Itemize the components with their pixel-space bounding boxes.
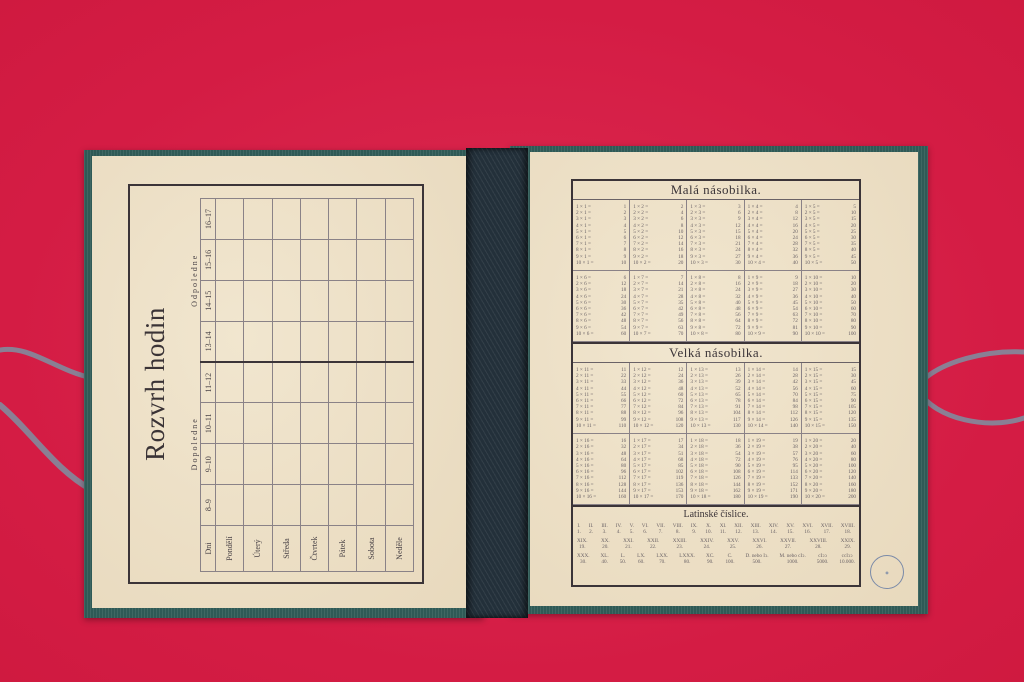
multiplication-block: 1 × 9 =92 × 9 =183 × 9 =274 × 9 =365 × 9… bbox=[745, 271, 802, 342]
schedule-cell[interactable] bbox=[357, 485, 385, 526]
table-row: Sobota bbox=[357, 199, 385, 572]
schedule-cell[interactable] bbox=[357, 280, 385, 321]
schedule-cell[interactable] bbox=[216, 199, 244, 240]
schedule-cell[interactable] bbox=[385, 199, 413, 240]
schedule-frame: Rozvrh hodin DopoledneOdpoledneDni8–99–1… bbox=[128, 184, 424, 584]
roman-numeral: M. nebo cIↄ.1000. bbox=[780, 553, 806, 565]
schedule-cell[interactable] bbox=[272, 280, 300, 321]
schedule-cell[interactable] bbox=[300, 280, 328, 321]
day-label: Pondělí bbox=[216, 526, 244, 572]
schedule-cell[interactable] bbox=[272, 403, 300, 444]
schedule-cell[interactable] bbox=[329, 239, 357, 280]
multiplication-block: 1 × 1 =12 × 1 =23 × 1 =34 × 1 =45 × 1 =5… bbox=[573, 200, 630, 271]
table-row: Středa bbox=[272, 199, 300, 572]
roman-numeral: cIↄↄ5000. bbox=[817, 553, 829, 565]
multiplication-block: 1 × 10 =102 × 10 =203 × 10 =304 × 10 =40… bbox=[802, 271, 859, 342]
multiplication-block: 1 × 2 =22 × 2 =43 × 2 =64 × 2 =85 × 2 =1… bbox=[630, 200, 687, 271]
roman-numeral: IV.4. bbox=[616, 523, 622, 535]
multiplication-block: 1 × 18 =182 × 18 =363 × 18 =544 × 18 =72… bbox=[687, 434, 744, 505]
schedule-cell[interactable] bbox=[244, 239, 272, 280]
roman-numeral: LXXX.80. bbox=[679, 553, 695, 565]
roman-numeral: XC.90. bbox=[706, 553, 715, 565]
multiplication-block: 1 × 20 =202 × 20 =403 × 20 =604 × 20 =80… bbox=[802, 434, 859, 505]
schedule-cell[interactable] bbox=[272, 321, 300, 362]
roman-numeral: V.5. bbox=[630, 523, 634, 535]
multiplication-block: 1 × 6 =62 × 6 =123 × 6 =184 × 6 =245 × 6… bbox=[573, 271, 630, 342]
multiplication-block: 1 × 3 =32 × 3 =63 × 3 =94 × 3 =125 × 3 =… bbox=[687, 200, 744, 271]
hour-header: 13–14 bbox=[201, 321, 216, 362]
schedule-cell[interactable] bbox=[216, 321, 244, 362]
schedule-cell[interactable] bbox=[216, 362, 244, 403]
roman-numeral: XVII.17. bbox=[821, 523, 833, 535]
roman-numeral: XL.40. bbox=[601, 553, 609, 565]
library-stamp-icon: ◉ bbox=[870, 555, 904, 589]
schedule-cell[interactable] bbox=[300, 239, 328, 280]
hour-header: 11–12 bbox=[201, 362, 216, 403]
multiplication-block: 1 × 16 =162 × 16 =323 × 16 =484 × 16 =64… bbox=[573, 434, 630, 505]
roman-numeral: XIII.13. bbox=[751, 523, 761, 535]
schedule-cell[interactable] bbox=[244, 485, 272, 526]
morning-label: Dopoledne bbox=[188, 362, 201, 526]
schedule-cell[interactable] bbox=[300, 485, 328, 526]
roman-numeral: XXX.30. bbox=[577, 553, 590, 565]
roman-numeral: XV.15. bbox=[786, 523, 794, 535]
roman-numeral: XXIII.23. bbox=[673, 538, 687, 550]
roman-numeral: XVI.16. bbox=[802, 523, 813, 535]
roman-numeral: ccIↄↄ10.000. bbox=[839, 553, 855, 565]
schedule-cell[interactable] bbox=[357, 321, 385, 362]
roman-numeral: VIII.8. bbox=[673, 523, 683, 535]
roman-numerals: Latinské číslice. I.1.II.2.III.3.IV.4.V.… bbox=[573, 507, 859, 570]
schedule-cell[interactable] bbox=[329, 485, 357, 526]
afternoon-label: Odpoledne bbox=[188, 199, 201, 363]
multiplication-block: 1 × 15 =152 × 15 =303 × 15 =454 × 15 =60… bbox=[802, 363, 859, 434]
multiplication-block: 1 × 7 =72 × 7 =143 × 7 =214 × 7 =285 × 7… bbox=[630, 271, 687, 342]
schedule-cell[interactable] bbox=[244, 444, 272, 485]
multiplication-block: 1 × 5 =52 × 5 =103 × 5 =154 × 5 =205 × 5… bbox=[802, 200, 859, 271]
roman-numeral: LXX.70. bbox=[656, 553, 668, 565]
multiplication-block: 1 × 13 =132 × 13 =263 × 13 =394 × 13 =52… bbox=[687, 363, 744, 434]
schedule-cell[interactable] bbox=[385, 321, 413, 362]
hour-header: 14–15 bbox=[201, 280, 216, 321]
hour-header: 16–17 bbox=[201, 199, 216, 240]
roman-numeral: I.1. bbox=[577, 523, 581, 535]
table-row: Pátek bbox=[329, 199, 357, 572]
roman-title: Latinské číslice. bbox=[577, 509, 855, 520]
roman-numeral: XXV.25. bbox=[727, 538, 739, 550]
schedule-cell[interactable] bbox=[329, 444, 357, 485]
schedule-cell[interactable] bbox=[300, 321, 328, 362]
table-row: Neděle bbox=[385, 199, 413, 572]
roman-numeral: XII.12. bbox=[734, 523, 743, 535]
hour-header: 8–9 bbox=[201, 485, 216, 526]
roman-numeral: X.10. bbox=[705, 523, 711, 535]
day-label: Neděle bbox=[385, 526, 413, 572]
schedule-cell[interactable] bbox=[272, 362, 300, 403]
schedule-cell[interactable] bbox=[272, 444, 300, 485]
roman-numeral: XI.11. bbox=[720, 523, 727, 535]
roman-numeral: III.3. bbox=[601, 523, 607, 535]
day-label: Středa bbox=[272, 526, 300, 572]
small-table-title: Malá násobilka. bbox=[573, 181, 859, 200]
roman-numeral: D. nebo Iↄ.500. bbox=[746, 553, 769, 565]
table-row: Čtvrtek bbox=[300, 199, 328, 572]
multiplication-block: 1 × 8 =82 × 8 =163 × 8 =244 × 8 =325 × 8… bbox=[687, 271, 744, 342]
roman-numeral: VII.7. bbox=[656, 523, 665, 535]
schedule-cell[interactable] bbox=[357, 239, 385, 280]
roman-numeral: XXIV.24. bbox=[700, 538, 714, 550]
schedule-cell[interactable] bbox=[272, 199, 300, 240]
multiplication-tables: Malá násobilka. 1 × 1 =12 × 1 =23 × 1 =3… bbox=[571, 179, 861, 587]
hour-header: 10–11 bbox=[201, 403, 216, 444]
schedule-cell[interactable] bbox=[216, 444, 244, 485]
schedule-cell[interactable] bbox=[357, 362, 385, 403]
schedule-cell[interactable] bbox=[385, 280, 413, 321]
schedule-cell[interactable] bbox=[300, 362, 328, 403]
table-row: Úterý bbox=[244, 199, 272, 572]
multiplication-block: 1 × 19 =192 × 19 =383 × 19 =574 × 19 =76… bbox=[745, 434, 802, 505]
schedule-title: Rozvrh hodin bbox=[140, 186, 171, 582]
roman-numeral: LX.60. bbox=[637, 553, 645, 565]
roman-numeral: XXVII.27. bbox=[780, 538, 796, 550]
schedule-cell[interactable] bbox=[216, 280, 244, 321]
schedule-cell[interactable] bbox=[329, 362, 357, 403]
schedule-cell[interactable] bbox=[300, 444, 328, 485]
schedule-cell[interactable] bbox=[357, 403, 385, 444]
multiplication-block: 1 × 4 =42 × 4 =83 × 4 =124 × 4 =165 × 4 … bbox=[745, 200, 802, 271]
schedule-cell[interactable] bbox=[329, 280, 357, 321]
schedule-cell[interactable] bbox=[216, 239, 244, 280]
large-multiplication-grid: 1 × 11 =112 × 11 =223 × 11 =334 × 11 =44… bbox=[573, 363, 859, 505]
schedule-cell[interactable] bbox=[357, 199, 385, 240]
multiplication-block: 1 × 12 =122 × 12 =243 × 12 =364 × 12 =48… bbox=[630, 363, 687, 434]
schedule-cell[interactable] bbox=[216, 485, 244, 526]
hour-header: 9–10 bbox=[201, 444, 216, 485]
schedule-cell[interactable] bbox=[244, 362, 272, 403]
roman-numeral: XXI.21. bbox=[623, 538, 634, 550]
roman-numeral: XVIII.18. bbox=[841, 523, 855, 535]
schedule-cell[interactable] bbox=[216, 403, 244, 444]
schedule-cell[interactable] bbox=[329, 403, 357, 444]
table-row: Pondělí bbox=[216, 199, 244, 572]
schedule-cell[interactable] bbox=[385, 485, 413, 526]
schedule-cell[interactable] bbox=[329, 199, 357, 240]
schedule-cell[interactable] bbox=[272, 485, 300, 526]
roman-numeral: II.2. bbox=[589, 523, 594, 535]
roman-numeral: XIX.19. bbox=[577, 538, 588, 550]
roman-numeral: XX.20. bbox=[601, 538, 610, 550]
schedule-cell[interactable] bbox=[244, 403, 272, 444]
days-label: Dni bbox=[201, 526, 216, 572]
roman-numeral: XIV.14. bbox=[769, 523, 779, 535]
large-table-title: Velká násobilka. bbox=[573, 344, 859, 363]
schedule-cell[interactable] bbox=[300, 403, 328, 444]
schedule-cell[interactable] bbox=[244, 280, 272, 321]
multiplication-block: 1 × 14 =142 × 14 =283 × 14 =424 × 14 =56… bbox=[745, 363, 802, 434]
schedule-cell[interactable] bbox=[385, 239, 413, 280]
schedule-cell[interactable] bbox=[300, 199, 328, 240]
day-label: Sobota bbox=[357, 526, 385, 572]
day-label: Pátek bbox=[329, 526, 357, 572]
schedule-cell[interactable] bbox=[385, 362, 413, 403]
roman-numeral: L.50. bbox=[620, 553, 626, 565]
roman-numeral: XXIX.29. bbox=[841, 538, 855, 550]
roman-numeral: IX.9. bbox=[691, 523, 698, 535]
booklet-spine bbox=[466, 148, 528, 618]
schedule-cell[interactable] bbox=[385, 403, 413, 444]
roman-numeral: XXVIII.28. bbox=[809, 538, 827, 550]
small-multiplication-grid: 1 × 1 =12 × 1 =23 × 1 =34 × 1 =45 × 1 =5… bbox=[573, 200, 859, 342]
hour-header: 15–16 bbox=[201, 239, 216, 280]
multiplication-block: 1 × 17 =172 × 17 =343 × 17 =514 × 17 =68… bbox=[630, 434, 687, 505]
multiplication-block: 1 × 11 =112 × 11 =223 × 11 =334 × 11 =44… bbox=[573, 363, 630, 434]
day-label: Úterý bbox=[244, 526, 272, 572]
roman-numeral: VI.6. bbox=[642, 523, 649, 535]
schedule-cell[interactable] bbox=[272, 239, 300, 280]
schedule-cell[interactable] bbox=[244, 199, 272, 240]
roman-numeral: XXVI.26. bbox=[752, 538, 766, 550]
schedule-cell[interactable] bbox=[357, 444, 385, 485]
schedule-table: DopoledneOdpoledneDni8–99–1010–1111–1213… bbox=[188, 198, 414, 572]
schedule-cell[interactable] bbox=[385, 444, 413, 485]
schedule-cell[interactable] bbox=[329, 321, 357, 362]
roman-numeral: XXII.22. bbox=[647, 538, 659, 550]
day-label: Čtvrtek bbox=[300, 526, 328, 572]
schedule-cell[interactable] bbox=[244, 321, 272, 362]
roman-numeral: C.100. bbox=[725, 553, 734, 565]
